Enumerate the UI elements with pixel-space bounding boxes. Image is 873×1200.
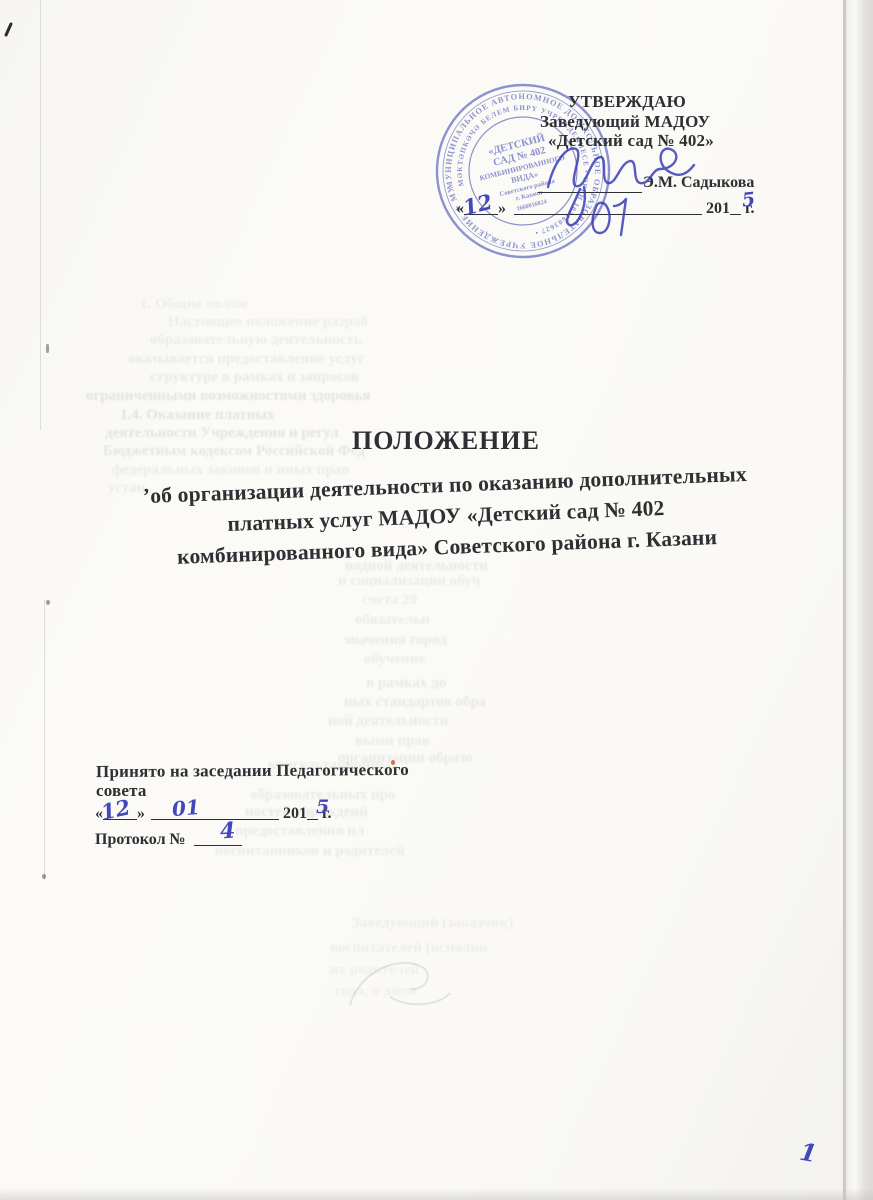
bleedthrough-fragment: ограниченными возможностями здоровья (86, 388, 371, 405)
handwritten-year-digit: 5 (316, 796, 329, 818)
bleedthrough-fragment: обучение (364, 651, 425, 668)
bleedthrough-fragment: Настоящее положение разраб (168, 314, 368, 331)
scan-corner-mark (4, 22, 13, 37)
protocol-label: Протокол № (95, 831, 186, 848)
year-blank (730, 198, 741, 215)
bleedthrough-fragment: образовательную деятельность (150, 332, 362, 349)
crease-dot (46, 344, 49, 353)
bleedthrough-fragment: воспитанников и родителей (215, 843, 405, 860)
scanned-document-page: 1. Общие положНастоящее положение разраб… (0, 0, 873, 1200)
page-number: 1 (798, 1137, 819, 1168)
bleedthrough-fragment: ной деятельности (328, 713, 448, 730)
handwritten-month-zero (593, 203, 610, 233)
date-month-blank (151, 803, 279, 820)
document-title: ПОЛОЖЕНИЕ (96, 426, 796, 456)
year-printed: 201 (283, 805, 307, 822)
bleedthrough-fragment: значения город (344, 632, 447, 649)
handwritten-protocol-number: 4 (219, 817, 236, 844)
bleedthrough-fragment: Заведующий (заказчик) (352, 915, 513, 932)
handwritten-month: 01 (171, 795, 201, 821)
bleedthrough-fragment: в рамках до (366, 675, 446, 692)
bleedthrough-fragment: выми прав (355, 733, 430, 750)
paper-crease-bottom (44, 600, 45, 880)
quote-close: » (498, 200, 506, 217)
bleedthrough-fragment: оказывается предоставление услуг (128, 351, 365, 368)
paper-crease-top (40, 0, 41, 430)
quote-close: » (137, 805, 145, 822)
handwritten-month-one (614, 199, 626, 235)
bleedthrough-fragment: 1. Общие полож (140, 296, 248, 313)
bleedthrough-fragment: 1.4. Оказание платных (120, 407, 274, 424)
crease-dot (46, 600, 50, 605)
handwritten-year-digit: 5 (741, 188, 756, 211)
approval-word: УТВЕРЖДАЮ (568, 92, 686, 112)
ink-bleed-curve (325, 945, 515, 1040)
scan-page-edge-right (843, 0, 873, 1200)
bleedthrough-fragment: обязательн (355, 612, 430, 629)
bleedthrough-fragment: и социализации обуч (338, 573, 480, 590)
crease-dot (42, 874, 46, 879)
bleedthrough-fragment: предоставления пл (235, 823, 364, 840)
bleedthrough-fragment: структуре в рамках и запросов (150, 369, 359, 386)
ink-speck (391, 760, 395, 765)
signature-scribble (510, 125, 720, 250)
adoption-line-1: Принято на заседании Педагогического (96, 760, 409, 782)
bleedthrough-fragment: ных стандартов обра (344, 694, 486, 711)
bleedthrough-fragment: счета 20 (362, 592, 417, 609)
scan-page-edge-bottom (0, 1188, 873, 1200)
